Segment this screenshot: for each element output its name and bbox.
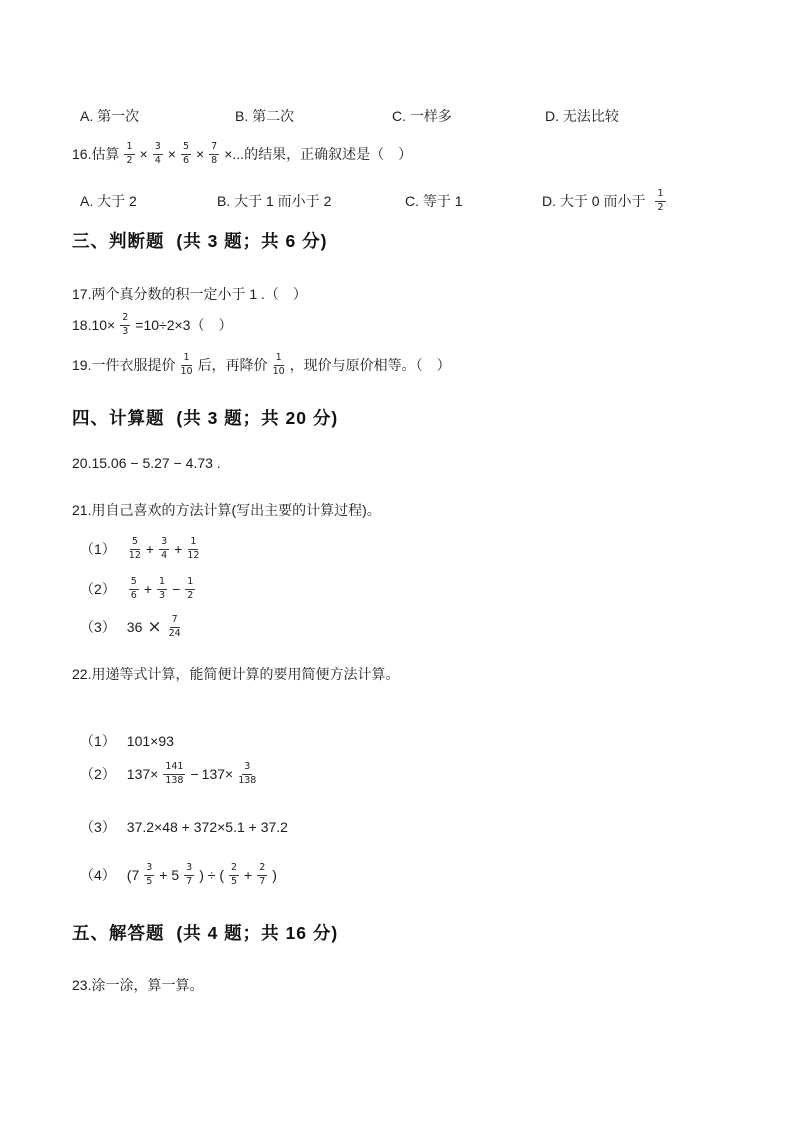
q17-text: 17.两个真分数的积一定小于 1 .（ ）: [72, 286, 307, 302]
question-19: 19.一件衣服提价 110 后，再降价 110 ，现价与原价相等。（ ）: [72, 353, 451, 378]
section-solve-title: 五、解答题: [72, 923, 165, 943]
fraction-numerator: 1: [124, 142, 134, 155]
fraction-numerator: 5: [129, 577, 139, 590]
q18-prefix: 18.10×: [72, 317, 115, 333]
fraction: 12: [655, 189, 665, 214]
section-judge-heading: 三、判断题 (共 3 题；共 6 分): [72, 228, 327, 253]
plus-sign: +: [174, 541, 182, 557]
section-calc-title: 四、计算题: [72, 408, 165, 428]
fraction-numerator: 141: [163, 762, 185, 775]
fraction: 34: [159, 537, 169, 562]
q16-option-d: D. 大于 0 而小于: [542, 191, 645, 211]
fraction: 141138: [163, 762, 185, 787]
q23-text: 23.涂一涂，算一算。: [72, 977, 203, 993]
q19-part3: ，现价与原价相等。（ ）: [290, 355, 451, 375]
fraction-numerator: 2: [229, 863, 239, 876]
fraction-denominator: 138: [165, 775, 183, 787]
q21-item-1: （1） 512 + 34 + 112: [80, 537, 201, 562]
fraction: 110: [180, 353, 192, 378]
section-judge-meta: (共 3 题；共 6 分): [176, 231, 327, 251]
section-solve-heading: 五、解答题 (共 4 题；共 16 分): [72, 920, 338, 945]
fraction: 13: [157, 577, 167, 602]
fraction: 112: [187, 537, 199, 562]
q16-option-a: A. 大于 2: [80, 191, 217, 211]
fraction-numerator: 3: [242, 762, 252, 775]
fraction: 56: [129, 577, 139, 602]
plus-sign: + 5: [159, 867, 179, 883]
fraction-denominator: 5: [146, 876, 152, 888]
section-judge-title: 三、判断题: [72, 231, 165, 251]
fraction-numerator: 5: [130, 537, 140, 550]
fraction: 512: [129, 537, 141, 562]
fraction-denominator: 3: [159, 590, 165, 602]
question-22: 22.用递等式计算，能简便计算的要用简便方法计算。: [72, 664, 399, 684]
fraction: 12: [185, 577, 195, 602]
section-calc-heading: 四、计算题 (共 3 题；共 20 分): [72, 405, 338, 430]
q20-text: 20.15.06 − 5.27 − 4.73 .: [72, 455, 221, 471]
fraction-numerator: 3: [144, 863, 154, 876]
question-17: 17.两个真分数的积一定小于 1 .（ ）: [72, 284, 307, 304]
q16-options-row: A. 大于 2 B. 大于 1 而小于 2 C. 等于 1 D. 大于 0 而小…: [80, 186, 668, 216]
fraction: 78: [209, 142, 219, 167]
q16-option-d-text: D. 大于 0 而小于: [542, 193, 645, 209]
q15-option-b: B. 第二次: [235, 106, 392, 126]
multiply-sign: ×: [168, 146, 176, 162]
fraction-denominator: 6: [131, 590, 137, 602]
q22-text: 22.用递等式计算，能简便计算的要用简便方法计算。: [72, 666, 399, 682]
item-label: （4）: [80, 865, 116, 885]
fraction-denominator: 7: [259, 876, 265, 888]
question-16-stem: 16.估算 12 × 34 × 56 × 78 ×...的结果，正确叙述是（ ）: [72, 142, 412, 167]
item-label: （3）: [80, 617, 116, 637]
fraction-denominator: 4: [161, 550, 167, 562]
q21-item3-whole: 36: [127, 619, 143, 635]
fraction: 12: [124, 142, 134, 167]
fraction-numerator: 1: [181, 353, 191, 366]
exam-page: A. 第一次 B. 第二次 C. 一样多 D. 无法比较 16.估算 12 × …: [0, 0, 793, 1122]
q21-text: 21.用自己喜欢的方法计算(写出主要的计算过程)。: [72, 502, 381, 518]
q15-option-a: A. 第一次: [80, 106, 235, 126]
fraction-numerator: 5: [181, 142, 191, 155]
fraction-denominator: 3: [122, 326, 128, 338]
fraction-numerator: 3: [159, 537, 169, 550]
item-label: （2）: [80, 764, 116, 784]
q22-item4-part5: ): [272, 867, 277, 883]
fraction: 37: [184, 863, 194, 888]
multiply-sign: ×: [147, 617, 161, 637]
fraction-denominator: 8: [211, 155, 217, 167]
fraction: 34: [153, 142, 163, 167]
fraction-denominator: 6: [183, 155, 189, 167]
fraction: 724: [169, 615, 181, 640]
q22-item-4: （4） (7 35 + 5 37 ) ÷ ( 25 + 27 ): [80, 863, 277, 888]
fraction-denominator: 2: [187, 590, 193, 602]
multiply-sign: ×: [140, 146, 148, 162]
q16-option-c: C. 等于 1: [405, 191, 542, 211]
q16-option-b: B. 大于 1 而小于 2: [217, 191, 405, 211]
q15-options-row: A. 第一次 B. 第二次 C. 一样多 D. 无法比较: [80, 106, 619, 126]
fraction: 3138: [238, 762, 256, 787]
fraction: 25: [229, 863, 239, 888]
q22-item4-part3: ) ÷ (: [199, 867, 224, 883]
fraction-denominator: 12: [187, 550, 199, 562]
q15-option-c: C. 一样多: [392, 106, 545, 126]
fraction: 23: [120, 313, 130, 338]
multiply-sign: ×: [196, 146, 204, 162]
q22-item4-part1: (7: [127, 867, 139, 883]
fraction-denominator: 2: [126, 155, 132, 167]
item-label: （1）: [80, 731, 116, 751]
fraction-denominator: 5: [231, 876, 237, 888]
plus-sign: +: [146, 541, 154, 557]
fraction-denominator: 7: [186, 876, 192, 888]
q22-item-1: （1） 101×93: [80, 731, 174, 751]
question-18: 18.10× 23 =10÷2×3（ ）: [72, 313, 232, 338]
q18-suffix: =10÷2×3（ ）: [135, 315, 232, 335]
q19-part2: 后，再降价: [198, 355, 268, 375]
minus-sign: −: [190, 766, 198, 782]
fraction-denominator: 4: [155, 155, 161, 167]
fraction-denominator: 12: [129, 550, 141, 562]
fraction-denominator: 24: [169, 628, 181, 640]
q22-item-3: （3） 37.2×48 + 372×5.1 + 37.2: [80, 817, 288, 837]
q15-option-d: D. 无法比较: [545, 106, 619, 126]
fraction-denominator: 2: [657, 202, 663, 214]
q19-part1: 19.一件衣服提价: [72, 355, 175, 375]
q22-item1-expr: 101×93: [127, 733, 174, 749]
fraction-numerator: 1: [185, 577, 195, 590]
fraction-numerator: 2: [257, 863, 267, 876]
fraction-denominator: 10: [273, 366, 285, 378]
fraction: 110: [273, 353, 285, 378]
fraction-denominator: 10: [180, 366, 192, 378]
item-label: （3）: [80, 817, 116, 837]
fraction-numerator: 1: [157, 577, 167, 590]
q21-item-2: （2） 56 + 13 − 12: [80, 577, 197, 602]
item-label: （2）: [80, 579, 116, 599]
fraction: 35: [144, 863, 154, 888]
fraction-numerator: 1: [188, 537, 198, 550]
fraction: 27: [257, 863, 267, 888]
q22-item3-expr: 37.2×48 + 372×5.1 + 37.2: [127, 819, 288, 835]
fraction-numerator: 1: [655, 189, 665, 202]
fraction-denominator: 138: [238, 775, 256, 787]
section-solve-meta: (共 4 题；共 16 分): [176, 923, 338, 943]
fraction-numerator: 7: [209, 142, 219, 155]
q22-item-2: （2） 137× 141138 − 137× 3138: [80, 762, 258, 787]
q16-suffix: ×...的结果，正确叙述是（ ）: [224, 144, 412, 164]
fraction-numerator: 1: [274, 353, 284, 366]
fraction-numerator: 7: [170, 615, 180, 628]
question-23: 23.涂一涂，算一算。: [72, 975, 203, 995]
question-20: 20.15.06 − 5.27 − 4.73 .: [72, 455, 221, 471]
fraction-numerator: 2: [120, 313, 130, 326]
fraction-numerator: 3: [153, 142, 163, 155]
item-label: （1）: [80, 539, 116, 559]
q16-prefix: 16.估算: [72, 144, 119, 164]
plus-sign: +: [144, 581, 152, 597]
q21-item-3: （3） 36 × 724: [80, 615, 183, 640]
fraction-numerator: 3: [184, 863, 194, 876]
q22-item2-part1: 137×: [127, 766, 159, 782]
minus-sign: −: [172, 581, 180, 597]
question-21: 21.用自己喜欢的方法计算(写出主要的计算过程)。: [72, 500, 381, 520]
fraction: 56: [181, 142, 191, 167]
plus-sign: +: [244, 867, 252, 883]
section-calc-meta: (共 3 题；共 20 分): [176, 408, 338, 428]
q22-item2-part2: 137×: [202, 766, 234, 782]
